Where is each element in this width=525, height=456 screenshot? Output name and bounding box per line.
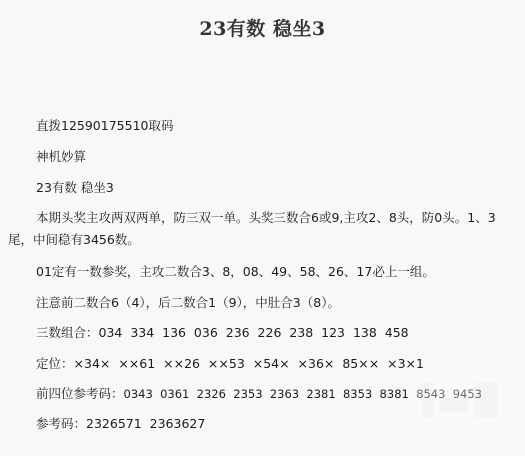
position-label: 定位： xyxy=(36,356,74,371)
sum-hint-text: 注意前二数合6（4），后二数合1（9），中肚合3（8）。 xyxy=(36,293,340,313)
three-combo-line: 三数组合：034 334 136 036 236 226 238 123 138… xyxy=(36,323,409,343)
hotline-text: 直拨12590175510取码 xyxy=(36,116,173,136)
watermark-logo xyxy=(416,376,504,424)
tagline-text: 神机妙算 xyxy=(36,147,86,167)
reference-line: 参考码：2326571 2363627 xyxy=(36,414,205,434)
front-four-label: 前四位参考码： xyxy=(36,386,124,401)
reference-label: 参考码： xyxy=(36,416,86,431)
analysis-text: 本期头奖主攻两双两单，防三双一单。头奖三数合6或9,主攻2、8头，防0头。1、3… xyxy=(8,207,513,251)
three-combo-label: 三数组合： xyxy=(36,325,99,340)
subtitle-text: 23有数 稳坐3 xyxy=(36,178,114,198)
three-combo-values: 034 334 136 036 236 226 238 123 138 458 xyxy=(99,325,409,340)
reference-values: 2326571 2363627 xyxy=(86,416,205,431)
group-pick-text: 01定有一数参奖，主攻二数合3、8，08、49、58、26、17必上一组。 xyxy=(36,262,435,282)
page-title: 23有数 稳坐3 xyxy=(0,14,525,41)
position-line: 定位：×34× ××61 ××26 ××53 ×54× ×36× 85×× ×3… xyxy=(36,354,424,374)
position-values: ×34× ××61 ××26 ××53 ×54× ×36× 85×× ×3×1 xyxy=(74,356,424,371)
